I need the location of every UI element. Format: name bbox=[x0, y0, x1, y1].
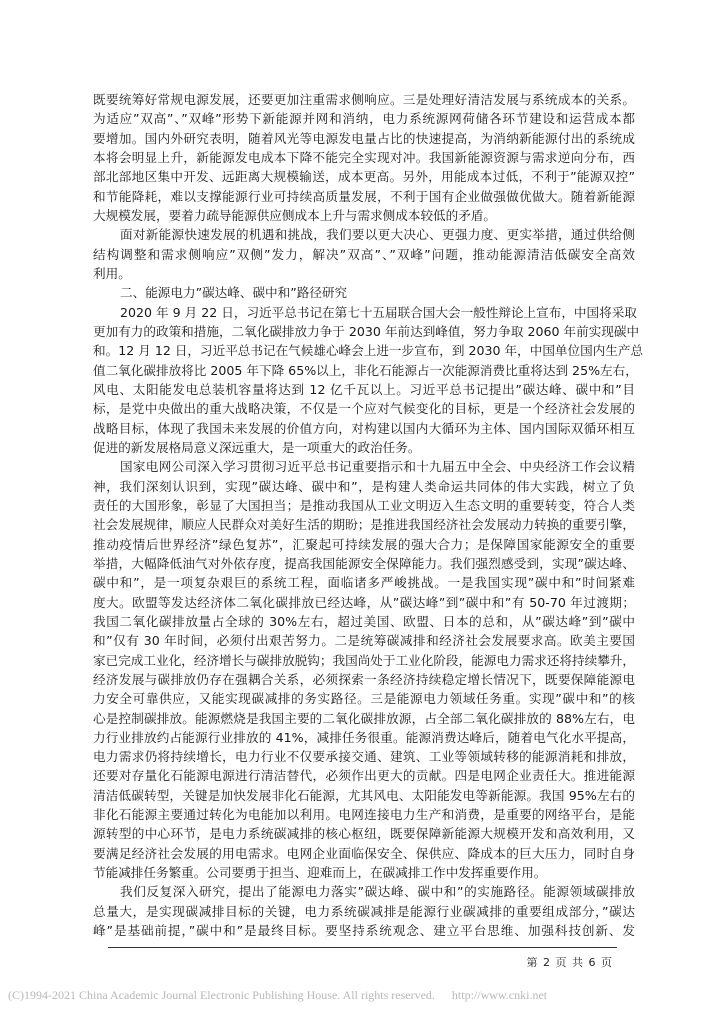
text-line: 我国二氧化碳排放量占全球的 30%左右，超过美国、欧盟、日本的总和，从”碳达峰”… bbox=[93, 612, 635, 631]
text-line: 社会发展规律，顺应人民群众对美好生活的期盼；是推进我国经济社会发展动力转换的重要… bbox=[93, 515, 635, 534]
text-line: 促进的新发展格局意义深远重大，是一项重大的政治任务。 bbox=[93, 438, 635, 457]
text-line: 非化石能源主要通过转化为电能加以利用。电网连接电力生产和消费，是重要的网络平台，… bbox=[93, 805, 635, 824]
text-line: 度大。欧盟等发达经济体二氧化碳排放已经达峰，从”碳达峰”到”碳中和”有 50-7… bbox=[93, 593, 635, 612]
text-line: 节能减排任务繁重。公司要勇于担当、迎难而上，在碳减排工作中发挥重要作用。 bbox=[93, 863, 635, 882]
text-line: 力行业排放约占能源行业排放的 41%，减排任务很重。能源消费达峰后，随着电气化水… bbox=[93, 728, 635, 747]
text-line: 还要对存量化石能源电源进行清洁替代，必须作出更大的贡献。四是电网企业责任大。推进… bbox=[93, 766, 635, 785]
text-line: 要增加。国内外研究表明，随着风光等电源发电量占比的快速提高，为消纳新能源付出的系… bbox=[93, 129, 635, 148]
text-line: 我们反复深入研究，提出了能源电力落实”碳达峰、碳中和”的实施路径。能源领域碳排放 bbox=[93, 882, 635, 901]
text-line: 既要统筹好常规电源发展，还要更加注重需求侧响应。三是处理好清洁发展与系统成本的关… bbox=[93, 90, 635, 109]
text-line: 家已完成工业化，经济增长与碳排放脱钩；我国尚处于工业化阶段，能源电力需求还将持续… bbox=[93, 651, 635, 670]
text-line: 责任的大国形象，彰显了大国担当；是推动我国从工业文明迈入生态文明的重要转变，符合… bbox=[93, 496, 635, 515]
text-line: 神，我们深刻认识到，实现”碳达峰、碳中和”，是构建人类命运共同体的伟大实践，树立… bbox=[93, 477, 635, 496]
text-line: 和。12 月 12 日，习近平总书记在气候雄心峰会上进一步宣布，到 2030 年… bbox=[93, 341, 635, 360]
text-line: 国家电网公司深入学习贯彻习近平总书记重要指示和十九届五中全会、中央经济工作会议精 bbox=[93, 457, 635, 476]
text-line: 总量大，是实现碳减排目标的关键，电力系统碳减排是能源行业碳减排的重要组成部分，”… bbox=[93, 902, 635, 921]
text-line: 战略目标，体现了我国未来发展的价值方向，对构建以国内大循环为主体、国内国际双循环… bbox=[93, 419, 635, 438]
text-line: 大规模发展，要着力疏导能源供应侧成本上升与需求侧成本较低的矛盾。 bbox=[93, 206, 635, 225]
page-number: 第 2 页 共 6 页 bbox=[527, 954, 613, 970]
copyright-url: http://www.cnki.net bbox=[452, 988, 547, 1002]
text-line: 部北部地区集中开发、远距离大规模输送，成本更高。另外，用能成本过低，不利于”能源… bbox=[93, 167, 635, 186]
text-line: 值二氧化碳排放将比 2005 年下降 65%以上，非化石能源占一次能源消费比重将… bbox=[93, 361, 635, 380]
text-line: 电力需求仍将持续增长，电力行业不仅要承接交通、建筑、工业等领域转移的能源消耗和排… bbox=[93, 747, 635, 766]
text-line: 结构调整和需求侧响应”双侧”发力，解决”双高”、”双峰”问题，推动能源清洁低碳安… bbox=[93, 245, 635, 264]
document-body: 既要统筹好常规电源发展，还要更加注重需求侧响应。三是处理好清洁发展与系统成本的关… bbox=[93, 90, 635, 940]
section-heading: 二、能源电力”碳达峰、碳中和”路径研究 bbox=[93, 283, 635, 302]
text-line: 和节能降耗，难以支撑能源行业可持续高质量发展，不利于国有企业做强做优做大。随着新… bbox=[93, 187, 635, 206]
text-line: 本将会明显上升，新能源发电成本下降不能完全实现对冲。我国新能源资源与需求逆向分布… bbox=[93, 148, 635, 167]
text-line: 2020 年 9 月 22 日，习近平总书记在第七十五届联合国大会一般性辩论上宣… bbox=[93, 303, 635, 322]
text-line: 峰”是基础前提，”碳中和”是最终目标。要坚持系统观念、建立平台思维、加强科技创新… bbox=[93, 921, 635, 940]
footer-divider bbox=[108, 947, 617, 948]
text-line: 碳中和”，是一项复杂艰巨的系统工程，面临诸多严峻挑战。一是我国实现”碳中和”时间… bbox=[93, 573, 635, 592]
text-line: 风电、太阳能发电总装机容量将达到 12 亿千瓦以上。习近平总书记提出”碳达峰、碳… bbox=[93, 380, 635, 399]
text-line: 推动疫情后世界经济”绿色复苏”，汇聚起可持续发展的强大合力；是保障国家能源安全的… bbox=[93, 535, 635, 554]
text-line: 利用。 bbox=[93, 264, 635, 283]
text-line: 要满足经济社会发展的用电需求。电网企业面临保安全、保供应、降成本的巨大压力，同时… bbox=[93, 844, 635, 863]
text-line: 举措，大幅降低油气对外依存度，提高我国能源安全保障能力。我们强烈感受到，实现”碳… bbox=[93, 554, 635, 573]
copyright-notice: (C)1994-2021 China Academic Journal Elec… bbox=[8, 988, 724, 1003]
text-line: 和”仅有 30 年时间，必须付出艰苦努力。二是统筹碳减排和经济社会发展要求高。欧… bbox=[93, 631, 635, 650]
text-line: 源转型的中心环节，是电力系统碳减排的核心枢纽，既要保障新能源大规模开发和高效利用… bbox=[93, 824, 635, 843]
text-line: 更加有力的政策和措施，二氧化碳排放力争于 2030 年前达到峰值，努力争取 20… bbox=[93, 322, 635, 341]
text-line: 力安全可靠供应，又能实现碳减排的务实路径。三是能源电力领域任务重。实现”碳中和”… bbox=[93, 689, 635, 708]
text-line: 经济发展与碳排放仍存在强耦合关系，必须探索一条经济持续稳定增长情况下，既要保障能… bbox=[93, 670, 635, 689]
copyright-text: (C)1994-2021 China Academic Journal Elec… bbox=[8, 988, 435, 1002]
text-line: 为适应”双高”、”双峰”形势下新能源并网和消纳，电力系统源网荷储各环节建设和运营… bbox=[93, 109, 635, 128]
text-line: 清洁低碳转型，关键是加快发展非化石能源，尤其风电、太阳能发电等新能源。我国 95… bbox=[93, 786, 635, 805]
text-line: 心是控制碳排放。能源燃烧是我国主要的二氧化碳排放源，占全部二氧化碳排放的 88%… bbox=[93, 709, 635, 728]
text-line: 标，是党中央做出的重大战略决策，不仅是一个应对气候变化的目标，更是一个经济社会发… bbox=[93, 399, 635, 418]
text-line: 面对新能源快速发展的机遇和挑战，我们要以更大决心、更强力度、更实举措，通过供给侧 bbox=[93, 225, 635, 244]
